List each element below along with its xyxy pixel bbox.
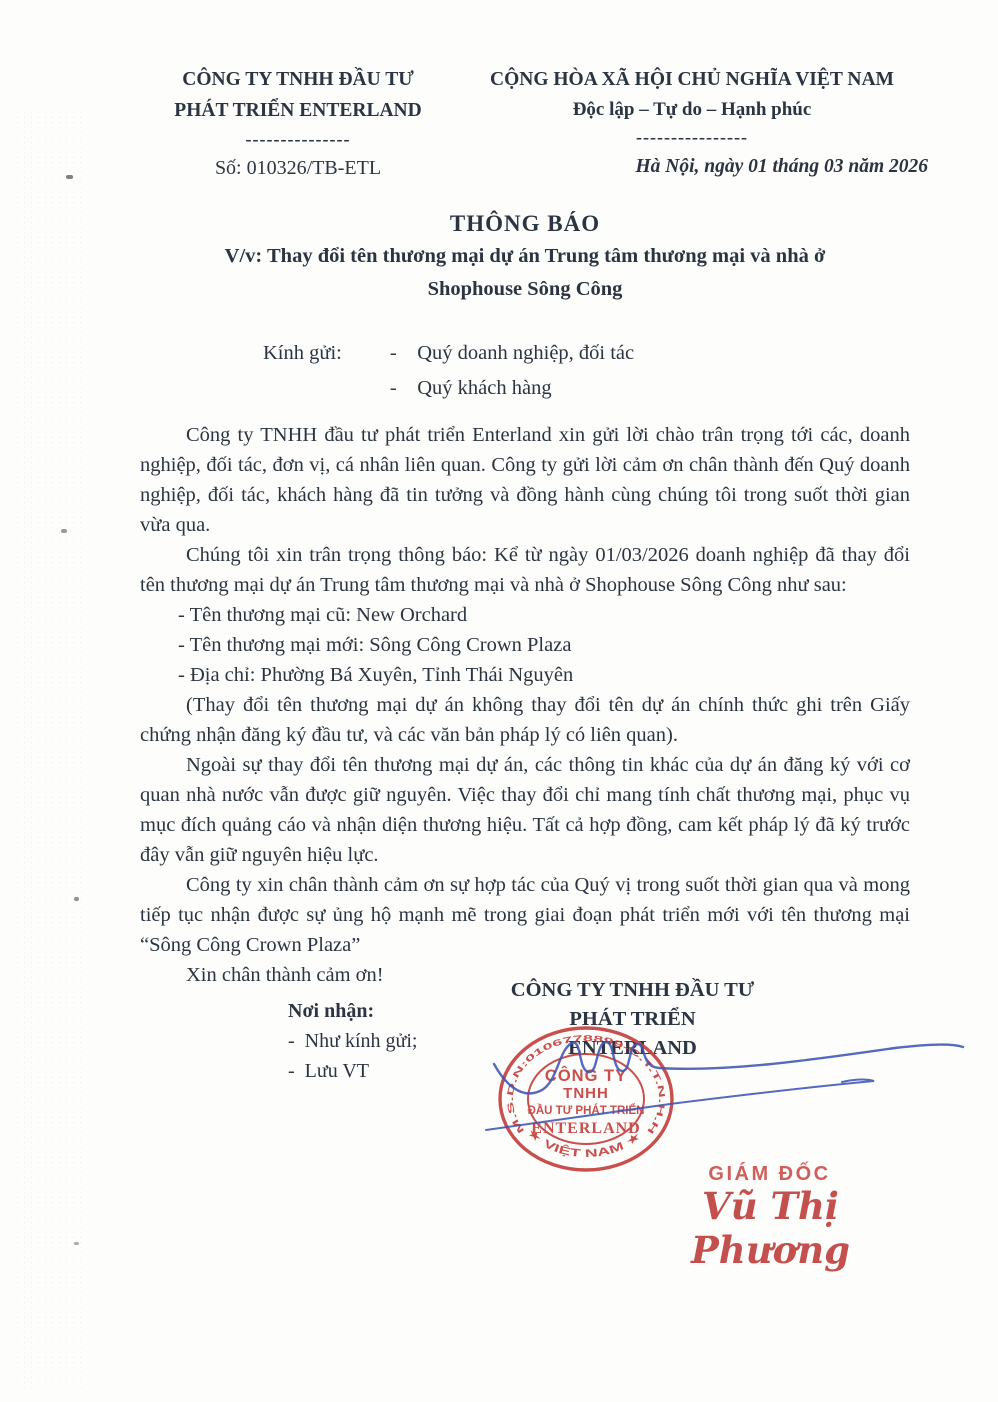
issuer-separator: --------------- (148, 126, 448, 152)
paragraph: Công ty TNHH đầu tư phát triển Enterland… (140, 420, 910, 540)
scan-noise (14, 110, 86, 1390)
paragraph: - Tên thương mại mới: Sông Công Crown Pl… (140, 630, 910, 660)
subject-line1: V/v: Thay đổi tên thương mại dự án Trung… (140, 240, 910, 273)
salutation-block: Kính gửi: - Quý doanh nghiệp, đối tác- Q… (263, 336, 910, 406)
paragraph: (Thay đổi tên thương mại dự án không tha… (140, 690, 910, 750)
paragraph: Ngoài sự thay đổi tên thương mại dự án, … (140, 750, 910, 870)
document-number: Số: 010326/TB-ETL (148, 152, 448, 184)
scan-speck (74, 897, 79, 901)
place-date-line: Hà Nội, ngày 01 tháng 03 năm 2026 (472, 150, 928, 184)
scan-speck (61, 529, 67, 533)
body-paragraphs: Công ty TNHH đầu tư phát triển Enterland… (140, 420, 910, 990)
handwritten-signature (470, 1018, 975, 1143)
document-title: THÔNG BÁO (140, 208, 910, 240)
salutation-recipient: - Quý khách hàng (390, 371, 634, 406)
paragraph: Công ty xin chân thành cảm ơn sự hợp tác… (140, 870, 910, 960)
paragraph: Chúng tôi xin trân trọng thông báo: Kể t… (140, 540, 910, 600)
scan-speck (66, 175, 73, 179)
signature-stroke-main (494, 1042, 963, 1093)
national-motto-line1: CỘNG HÒA XÃ HỘI CHỦ NGHĨA VIỆT NAM (472, 64, 912, 95)
motto-separator: ---------------- (472, 124, 912, 150)
national-motto-line2: Độc lập – Tự do – Hạnh phúc (472, 95, 912, 124)
signer-name: Vũ Thị Phương (628, 1184, 913, 1272)
paragraph: - Tên thương mại cũ: New Orchard (140, 600, 910, 630)
salutation-recipient: - Quý doanh nghiệp, đối tác (390, 336, 634, 371)
scan-speck (74, 1242, 79, 1245)
signature-company-line1: CÔNG TY TNHH ĐẦU TƯ (505, 976, 760, 1005)
document-content: THÔNG BÁO V/v: Thay đổi tên thương mại d… (140, 208, 910, 1086)
paragraph: - Địa chỉ: Phường Bá Xuyên, Tỉnh Thái Ng… (140, 660, 910, 690)
signer-position: GIÁM ĐỐC (687, 1163, 852, 1186)
salutation-label: Kính gửi: (263, 336, 342, 406)
issuer-company-line2: PHÁT TRIỂN ENTERLAND (148, 95, 448, 126)
national-heading-block: CỘNG HÒA XÃ HỘI CHỦ NGHĨA VIỆT NAM Độc l… (472, 64, 912, 184)
issuer-block: CÔNG TY TNHH ĐẦU TƯ PHÁT TRIỂN ENTERLAND… (148, 64, 448, 184)
subject-line2: Shophouse Sông Công (140, 273, 910, 306)
issuer-company-line1: CÔNG TY TNHH ĐẦU TƯ (148, 64, 448, 95)
letterhead: CÔNG TY TNHH ĐẦU TƯ PHÁT TRIỂN ENTERLAND… (0, 0, 998, 184)
scanned-notice-page: CÔNG TY TNHH ĐẦU TƯ PHÁT TRIỂN ENTERLAND… (0, 0, 998, 1402)
salutation-recipients: - Quý doanh nghiệp, đối tác- Quý khách h… (390, 336, 634, 406)
